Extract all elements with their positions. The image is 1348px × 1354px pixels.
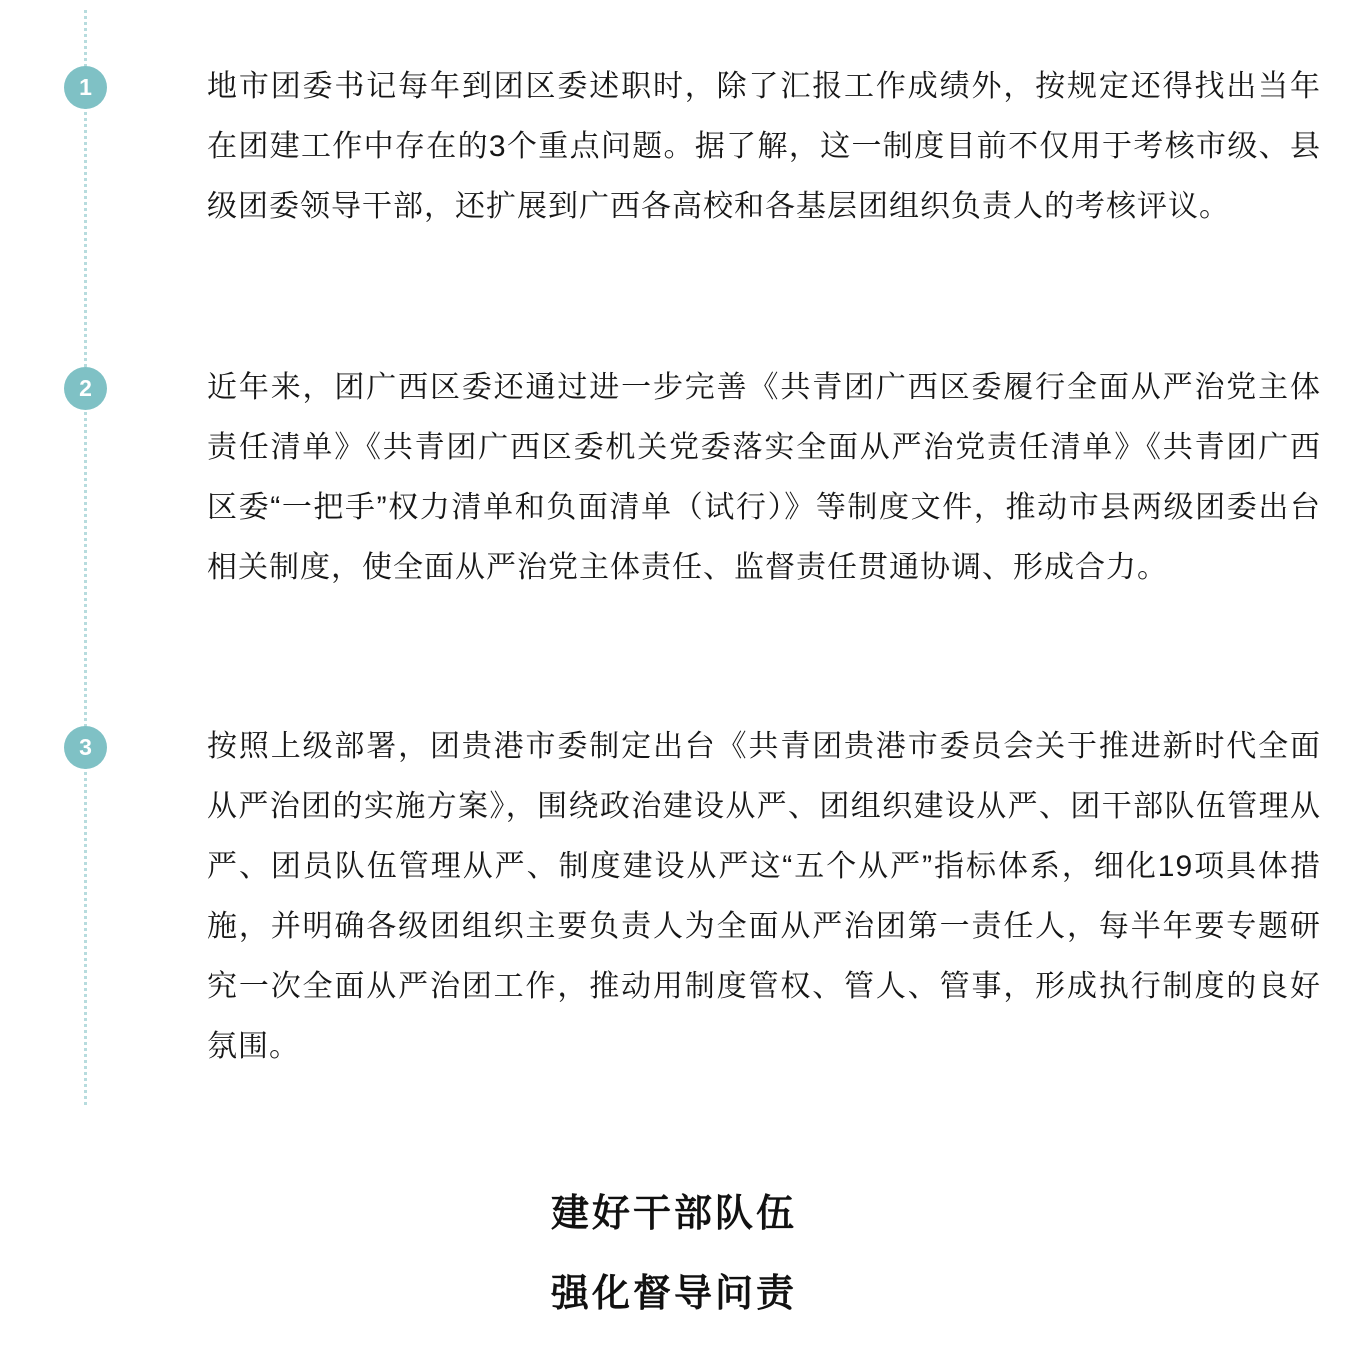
step-number-badge-3: 3 [64,726,107,769]
section-heading-line-2: 强化督导问责 [0,1272,1348,1316]
paragraph-3-text: 按照上级部署，团贵港市委制定出台《共青团贵港市委员会关于推进新时代全面从严治团的… [207,717,1321,1077]
timeline-dotted-line [84,10,87,1108]
paragraph-1-text: 地市团委书记每年到团区委述职时，除了汇报工作成绩外，按规定还得找出当年在团建工作… [207,57,1321,237]
article-page: 1 地市团委书记每年到团区委述职时，除了汇报工作成绩外，按规定还得找出当年在团建… [0,0,1348,1354]
section-heading-line-1: 建好干部队伍 [0,1192,1348,1236]
step-number-badge-1: 1 [64,66,107,109]
paragraph-2-text: 近年来，团广西区委还通过进一步完善《共青团广西区委履行全面从严治党主体责任清单》… [207,358,1321,598]
step-number-badge-2: 2 [64,367,107,410]
